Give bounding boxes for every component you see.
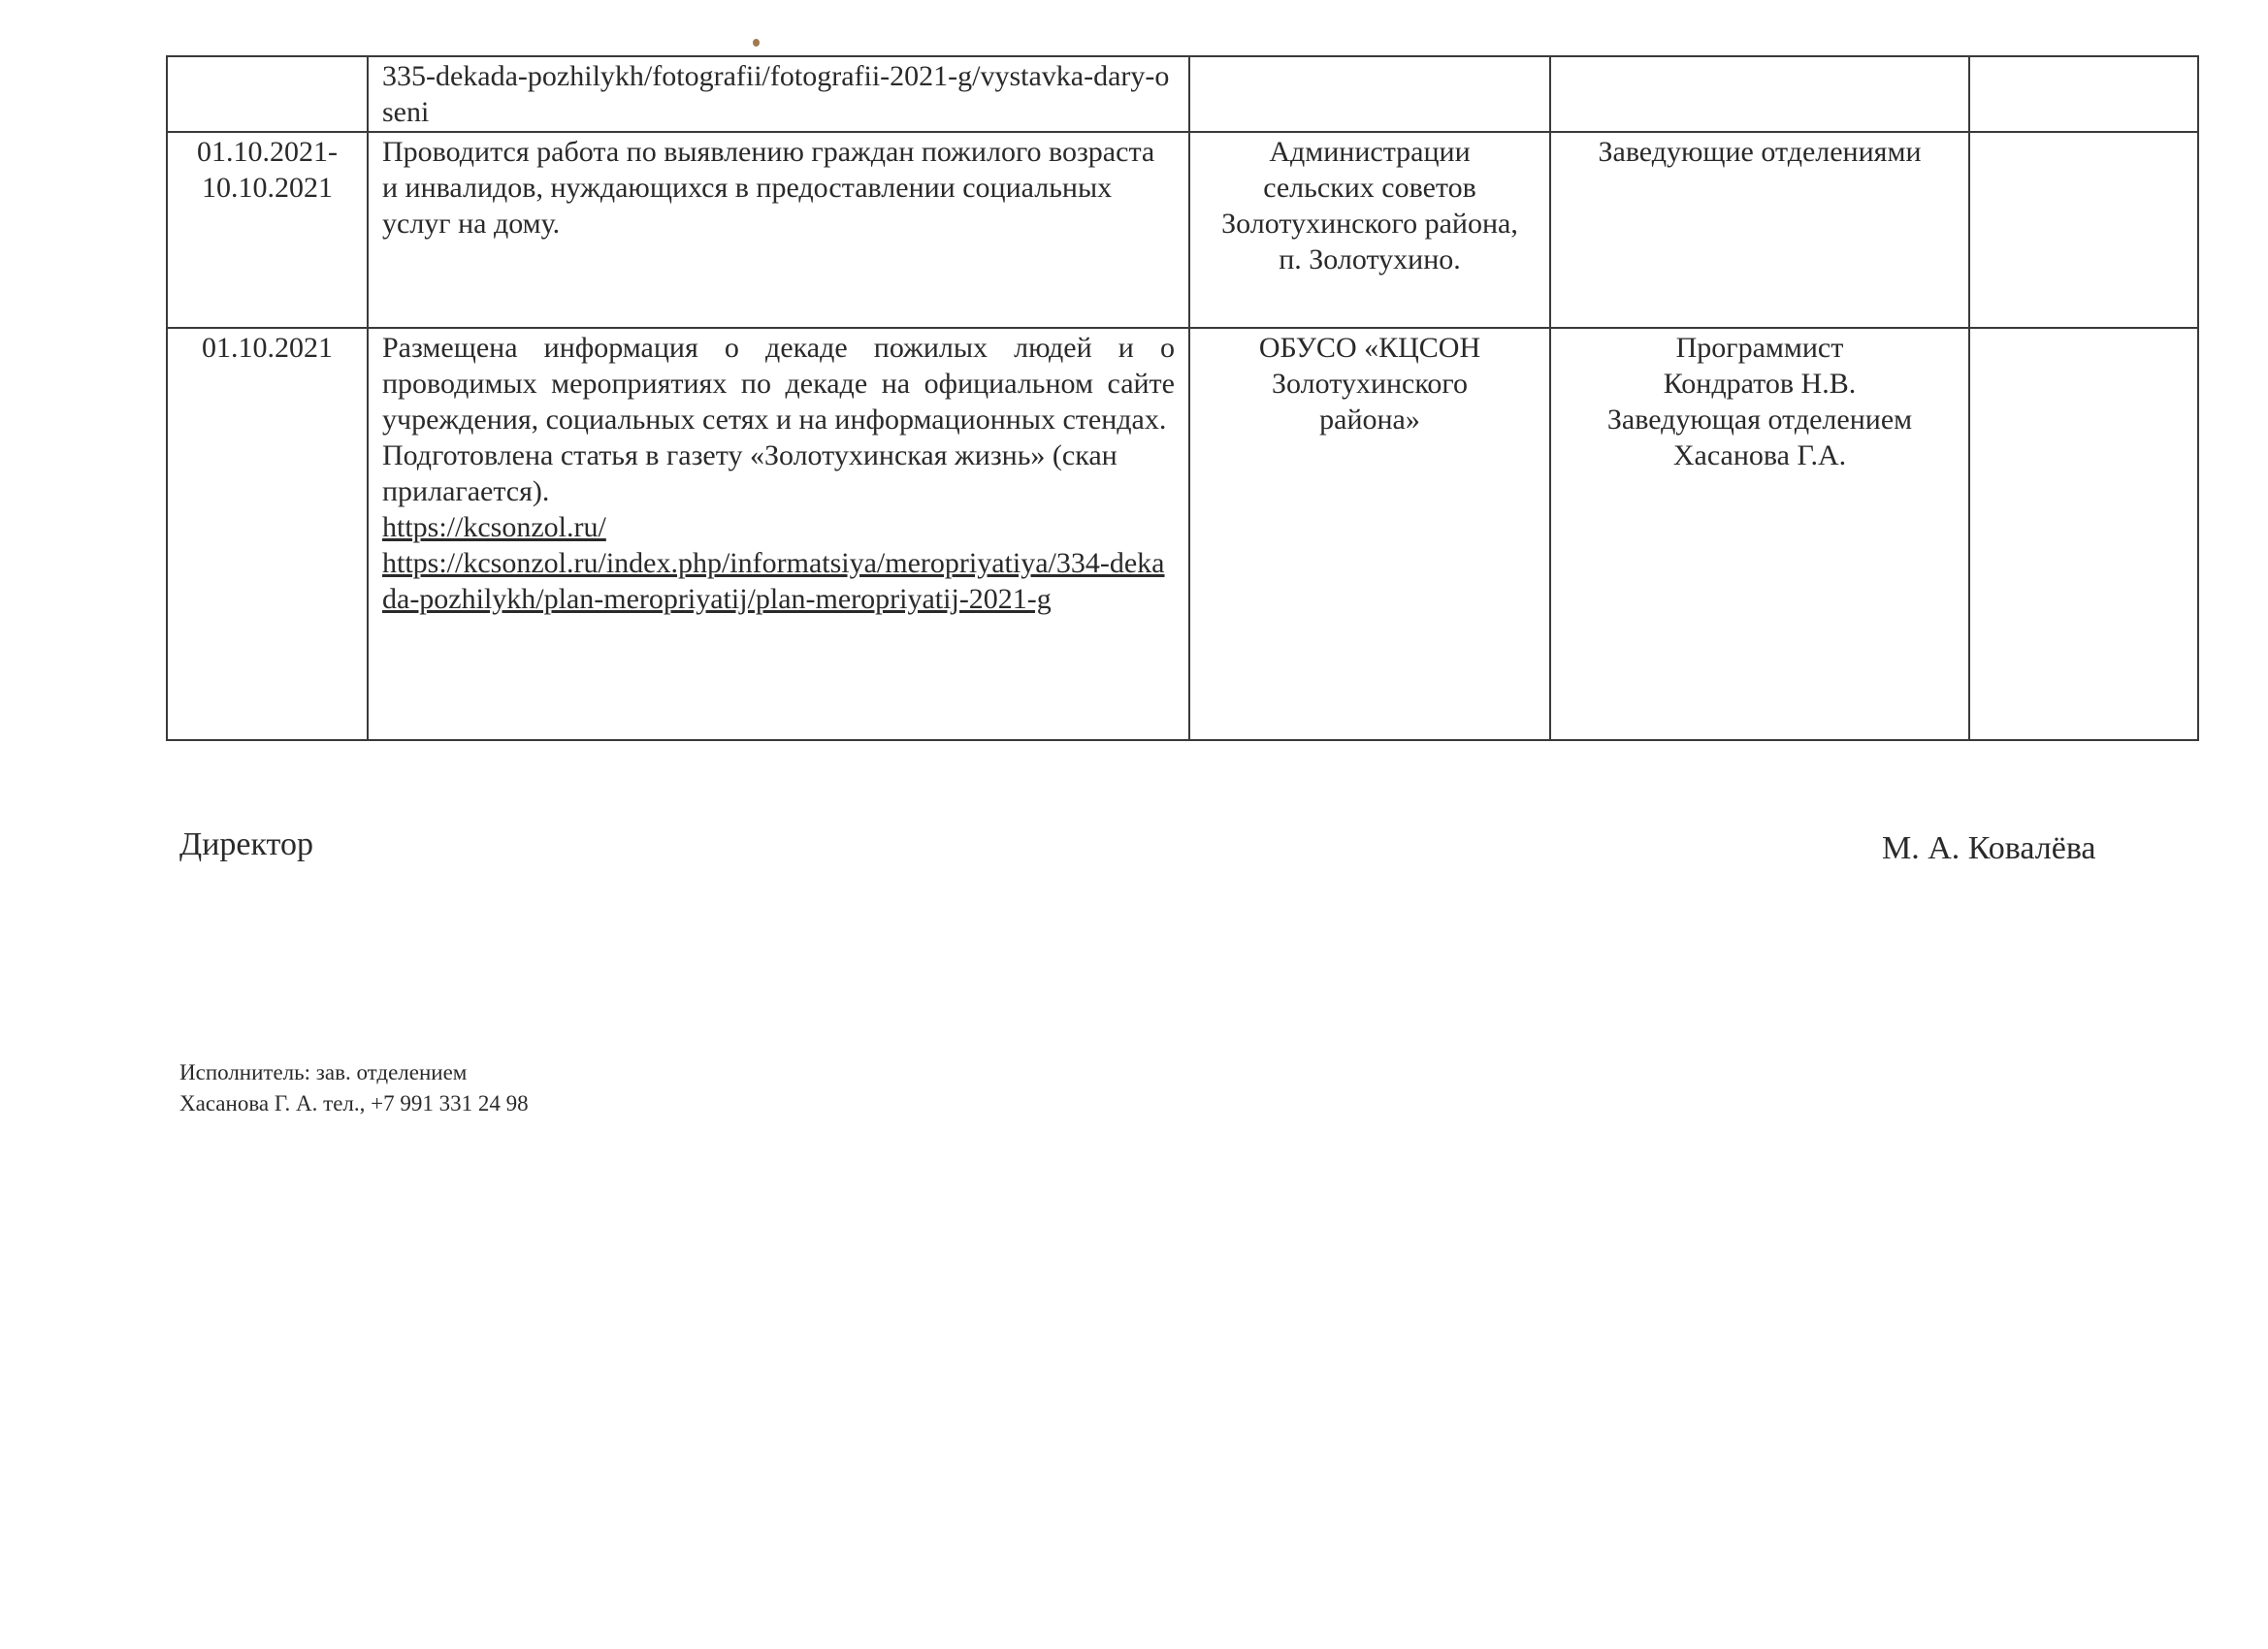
organization-cell xyxy=(1189,56,1550,132)
description-cell: Размещена информация о декаде пожилых лю… xyxy=(368,328,1189,740)
note-cell xyxy=(1969,56,2198,132)
organization-line: ОБУСО «КЦСОН xyxy=(1204,330,1536,366)
responsible-cell xyxy=(1550,56,1969,132)
responsible-cell: Заведующие отделениями xyxy=(1550,132,1969,328)
table-row: 01.10.2021 Размещена информация о декаде… xyxy=(167,328,2198,740)
note-cell xyxy=(1969,132,2198,328)
organization-cell: Администрации сельских советов Золотухин… xyxy=(1189,132,1550,328)
scan-speck xyxy=(753,39,760,47)
responsible-line: Кондратов Н.В. xyxy=(1565,366,1955,402)
table-row: 01.10.2021- 10.10.2021 Проводится работа… xyxy=(167,132,2198,328)
responsible-line: Заведующая отделением xyxy=(1565,402,1955,437)
date-cell xyxy=(167,56,368,132)
executor-line-2: Хасанова Г. А. тел., +7 991 331 24 98 xyxy=(179,1088,529,1119)
date-start: 01.10.2021- xyxy=(181,134,353,170)
date-cell: 01.10.2021 xyxy=(167,328,368,740)
table-row: 335-dekada-pozhilykh/fotografii/fotograf… xyxy=(167,56,2198,132)
plan-link[interactable]: https://kcsonzol.ru/index.php/informatsi… xyxy=(382,545,1175,617)
responsible-line: Заведующие отделениями xyxy=(1565,134,1955,170)
signature-title: Директор xyxy=(179,826,313,863)
organization-line: сельских советов xyxy=(1204,170,1536,206)
signature-name: М. А. Ковалёва xyxy=(1882,830,2096,867)
date-cell: 01.10.2021- 10.10.2021 xyxy=(167,132,368,328)
organization-line: п. Золотухино. xyxy=(1204,242,1536,277)
description-text: Размещена информация о декаде пожилых лю… xyxy=(382,330,1175,437)
responsible-line: Хасанова Г.А. xyxy=(1565,437,1955,473)
executor-block: Исполнитель: зав. отделением Хасанова Г.… xyxy=(179,1057,529,1119)
photo-exhibit-link-continued[interactable]: 335-dekada-pozhilykh/fotografii/fotograf… xyxy=(382,58,1175,130)
executor-line-1: Исполнитель: зав. отделением xyxy=(179,1057,529,1088)
note-cell xyxy=(1969,328,2198,740)
description-cell: Проводится работа по выявлению граждан п… xyxy=(368,132,1189,328)
organization-line: Золотухинского xyxy=(1204,366,1536,402)
site-link[interactable]: https://kcsonzol.ru/ xyxy=(382,509,1175,545)
organization-line: района» xyxy=(1204,402,1536,437)
date-end: 10.10.2021 xyxy=(181,170,353,206)
organization-line: Администрации xyxy=(1204,134,1536,170)
responsible-cell: Программист Кондратов Н.В. Заведующая от… xyxy=(1550,328,1969,740)
description-cell: 335-dekada-pozhilykh/fotografii/fotograf… xyxy=(368,56,1189,132)
events-table: 335-dekada-pozhilykh/fotografii/fotograf… xyxy=(166,55,2199,741)
responsible-line: Программист xyxy=(1565,330,1955,366)
organization-line: Золотухинского района, xyxy=(1204,206,1536,242)
description-extra: Подготовлена статья в газету «Золотухинс… xyxy=(382,437,1175,509)
organization-cell: ОБУСО «КЦСОН Золотухинского района» xyxy=(1189,328,1550,740)
